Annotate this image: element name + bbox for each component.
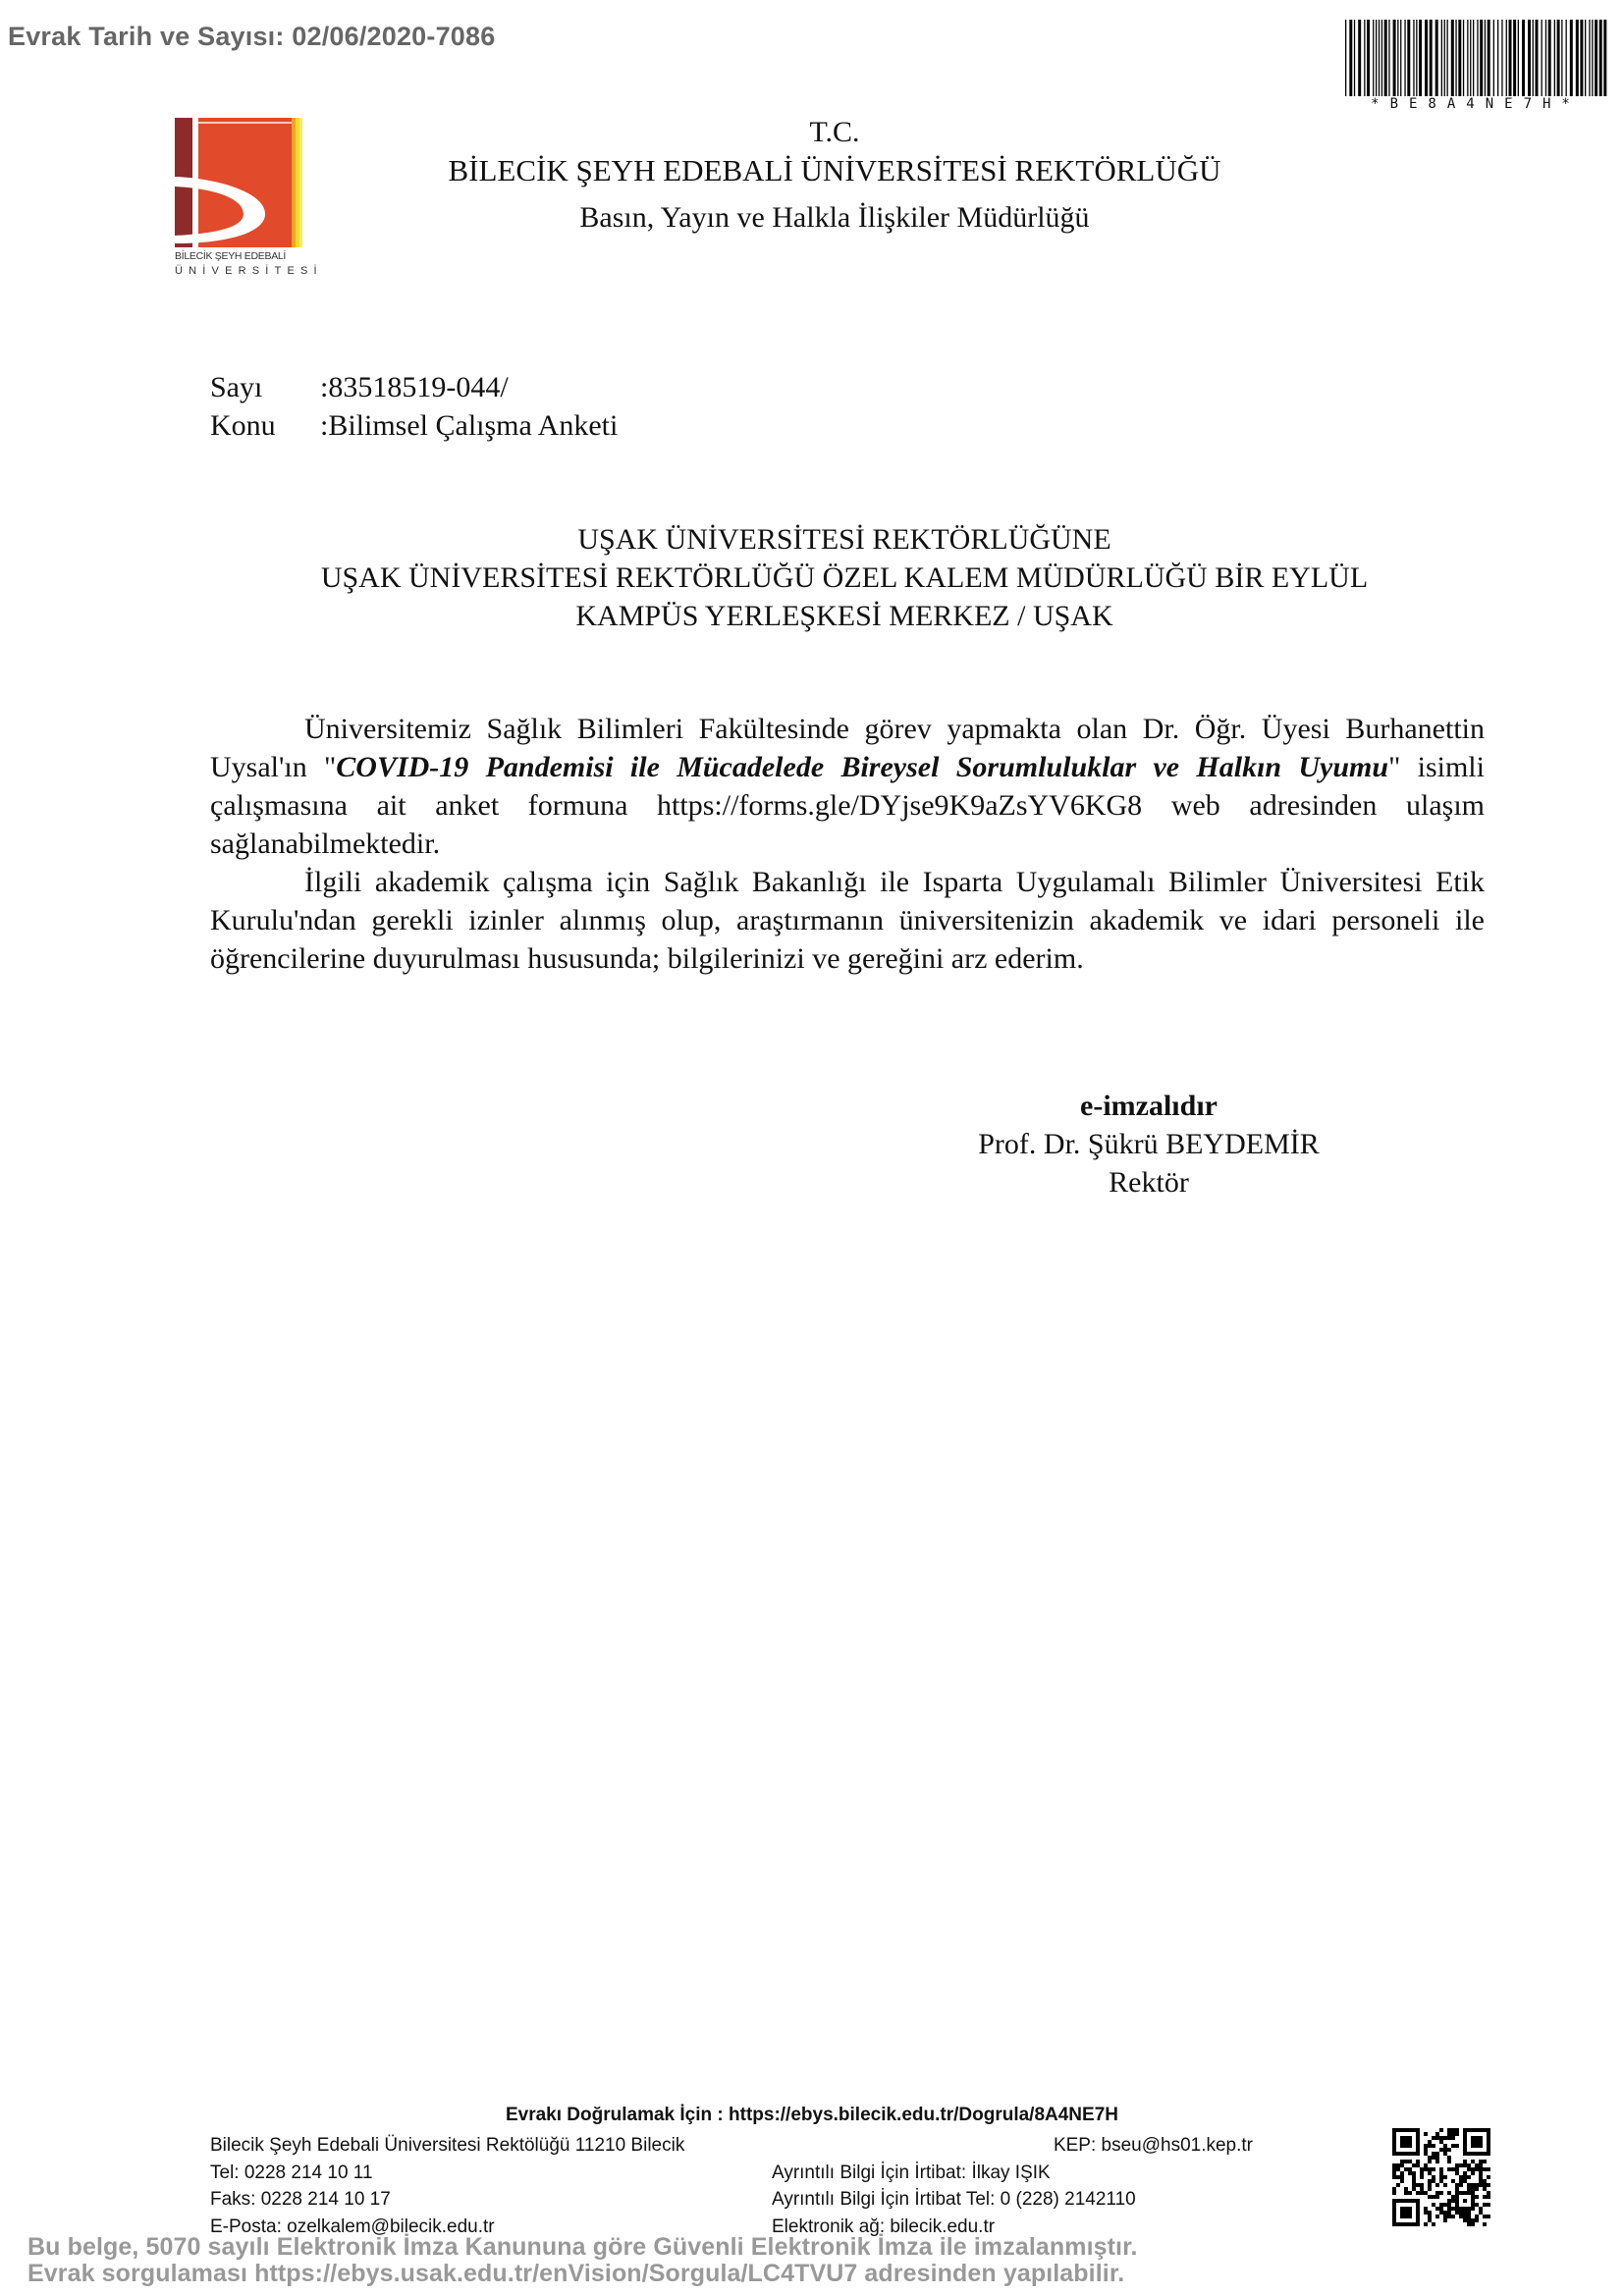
barcode: *BE8A4NE7H* [1343,20,1608,100]
study-title: COVID-19 Pandemisi ile Mücadelede Bireys… [336,751,1388,783]
addressee-line: UŞAK ÜNİVERSİTESİ REKTÖRLÜĞÜ ÖZEL KALEM … [196,559,1492,597]
footer-contact-right: KEP: bseu@hs01.kep.tr Ayrıntılı Bilgi İç… [772,2132,1253,2240]
header-department: Basın, Yayın ve Halkla İlişkiler Müdürlü… [295,201,1375,235]
addressee-block: UŞAK ÜNİVERSİTESİ REKTÖRLÜĞÜNE UŞAK ÜNİV… [196,520,1492,635]
qr-code [1392,2128,1490,2226]
document-date-number-stamp: Evrak Tarih ve Sayısı: 02/06/2020-7086 [8,22,495,52]
header-university: BİLECİK ŞEYH EDEBALİ ÜNİVERSİTESİ REKTÖR… [295,153,1375,188]
logo-icon [175,118,304,247]
footer-kep: KEP: bseu@hs01.kep.tr [772,2132,1253,2160]
meta-konu: Konu:Bilimsel Çalışma Anketi [210,409,618,443]
footer-address: Bilecik Şeyh Edebali Üniversitesi Rektöl… [210,2132,684,2160]
meta-sayi: Sayı:83518519-044/ [210,371,509,404]
addressee-line: KAMPÜS YERLEŞKESİ MERKEZ / UŞAK [196,597,1492,635]
signatory-title: Rektör [943,1163,1355,1201]
signature-block: e-imzalıdır Prof. Dr. Şükrü BEYDEMİR Rek… [943,1087,1355,1201]
university-logo: BİLECİK ŞEYH EDEBALİ ÜNİVERSİTESİ [175,118,304,285]
barcode-text: *BE8A4NE7H* [1343,96,1608,112]
body-paragraph-2: İlgili akademik çalışma için Sağlık Baka… [210,863,1485,978]
footer-contact-left: Bilecik Şeyh Edebali Üniversitesi Rektöl… [210,2132,684,2240]
konu-value: :Bilimsel Çalışma Anketi [320,409,618,442]
barcode-icon [1343,20,1608,96]
konu-label: Konu [210,409,320,443]
logo-caption-line2: ÜNİVERSİTESİ [175,265,304,277]
body-paragraph-1: Üniversitemiz Sağlık Bilimleri Fakültesi… [210,710,1485,863]
sayi-value: :83518519-044/ [320,371,509,403]
qr-code-icon [1392,2128,1490,2226]
signatory-name: Prof. Dr. Şükrü BEYDEMİR [943,1125,1355,1163]
verify-link[interactable]: Evrakı Doğrulamak İçin : https://ebys.bi… [0,2105,1624,2126]
sayi-label: Sayı [210,371,320,404]
header-tc: T.C. [295,116,1375,149]
e-signature-notice-line2: Evrak sorgulaması https://ebys.usak.edu.… [27,2261,1138,2287]
logo-caption-line1: BİLECİK ŞEYH EDEBALİ [175,250,304,262]
footer-contact-person: Ayrıntılı Bilgi İçin İrtibat: İlkay IŞIK [772,2160,1253,2187]
footer-fax: Faks: 0228 214 10 17 [210,2186,684,2214]
e-signature-notice: Bu belge, 5070 sayılı Elektronik İmza Ka… [27,2234,1138,2287]
footer-contact-tel: Ayrıntılı Bilgi İçin İrtibat Tel: 0 (228… [772,2186,1253,2214]
footer-tel: Tel: 0228 214 10 11 [210,2160,684,2187]
e-signature-notice-line1: Bu belge, 5070 sayılı Elektronik İmza Ka… [27,2234,1138,2261]
signature-status: e-imzalıdır [943,1087,1355,1125]
addressee-line: UŞAK ÜNİVERSİTESİ REKTÖRLÜĞÜNE [196,520,1492,559]
